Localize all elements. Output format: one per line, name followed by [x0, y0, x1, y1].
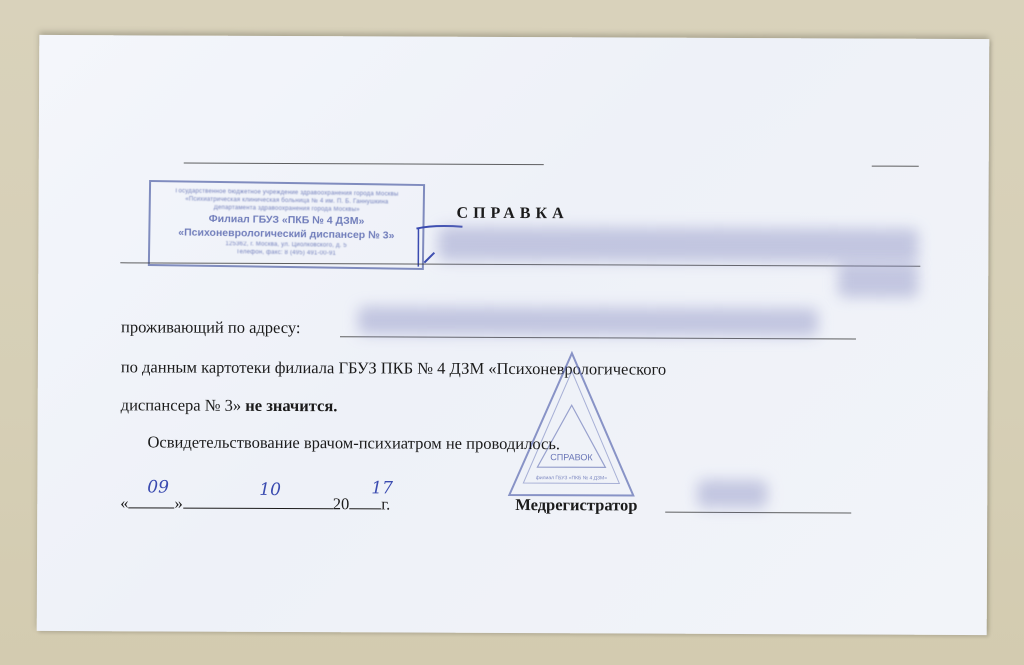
address-rule	[340, 336, 856, 339]
triangle-stamp: СПРАВОК филиал ГБУЗ «ПКБ № 4 ДЗМ»	[505, 349, 638, 502]
not-registered-text: не значится.	[245, 396, 337, 415]
handwritten-year: 17	[371, 478, 393, 498]
registrar-signature-rule	[665, 512, 851, 514]
redacted-name-2	[838, 263, 918, 297]
records-line-2: диспансера № 3» не значится.	[121, 395, 338, 416]
triangle-stamp-footer: филиал ГБУЗ «ПКБ № 4 ДЗМ»	[536, 475, 608, 481]
redacted-signature	[697, 480, 767, 508]
registrar-label: Медрегистратор	[515, 495, 637, 516]
date-close-quote: »	[174, 494, 182, 513]
redacted-name	[438, 227, 918, 263]
certificate-paper: Государственное бюджетное учреждение здр…	[37, 35, 990, 635]
handwritten-month: 10	[259, 480, 281, 500]
exam-statement: Освидетельствование врачом-психиатром не…	[147, 432, 560, 454]
date-century: 20	[333, 494, 350, 513]
top-rule-left	[184, 163, 544, 166]
clinic-stamp: Государственное бюджетное учреждение здр…	[148, 180, 425, 270]
address-label: проживающий по адресу:	[121, 317, 301, 338]
handwritten-day: 09	[147, 477, 169, 497]
date-open-quote: «	[120, 493, 128, 512]
records-line-2-a: диспансера № 3»	[121, 395, 242, 415]
redacted-address	[358, 306, 818, 336]
top-rule-right	[872, 166, 919, 167]
document-title: СПРАВКА	[456, 205, 568, 223]
